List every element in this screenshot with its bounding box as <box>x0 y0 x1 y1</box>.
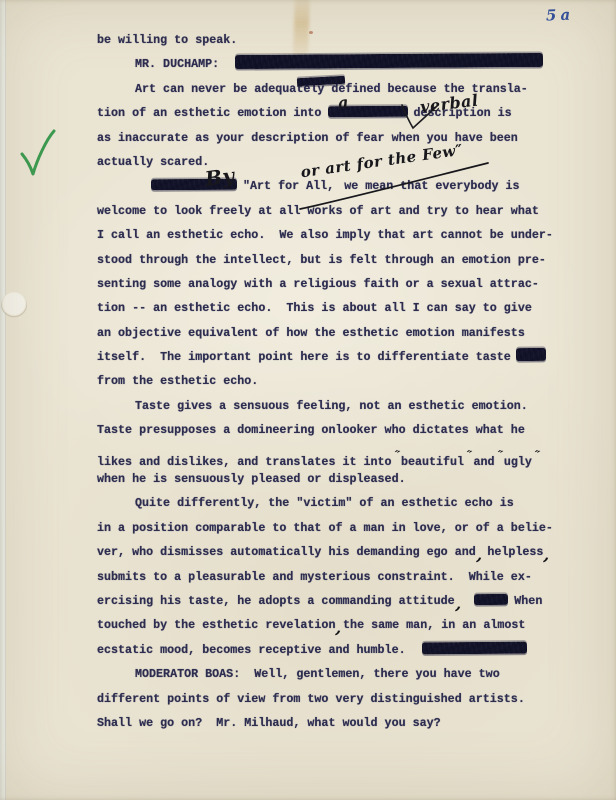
typed-line: Taste gives a sensuous feeling, not an e… <box>97 394 577 418</box>
typed-text-segment: from the esthetic echo. <box>97 374 258 388</box>
typed-gap <box>97 505 135 506</box>
typed-line: submits to a pleasurable and mysterious … <box>97 565 577 589</box>
typed-text-segment: as inaccurate as your description of fea… <box>97 131 518 145</box>
typed-line: tion -- an esthetic echo. This is about … <box>97 296 577 320</box>
typed-line: Taste presupposes a domineering onlooker… <box>97 418 577 442</box>
typed-line: ercising his taste, he adopts a commandi… <box>97 589 577 613</box>
typed-line: ver, who dismisses automatically his dem… <box>97 540 577 564</box>
handwritten-quote: ″ <box>531 442 542 467</box>
typed-gap <box>462 603 474 604</box>
typed-line: Shall we go on? Mr. Milhaud, what would … <box>97 711 577 735</box>
typed-line: I call an esthetic echo. We also imply t… <box>97 223 577 247</box>
green-check-icon <box>18 128 58 184</box>
typed-gap <box>97 91 135 92</box>
typed-text-segment: itself. The important point here is to d… <box>97 350 511 364</box>
typed-text-segment: stood through the intellect, but is felt… <box>97 253 546 267</box>
typed-text-segment: senting some analogy with a religious fa… <box>97 277 539 291</box>
scribble-redaction <box>151 179 237 191</box>
typed-text-segment: ecstatic mood, becomes receptive and hum… <box>97 643 406 657</box>
typed-text-segment: be willing to speak. <box>97 33 237 47</box>
typed-text-segment: beautiful <box>401 455 464 469</box>
typed-text-segment: MODERATOR BOAS: Well, gentlemen, there y… <box>135 667 500 681</box>
typed-text-segment: different points of view from two very d… <box>97 692 525 706</box>
typed-line: MODERATOR BOAS: Well, gentlemen, there y… <box>97 662 577 686</box>
typed-text-segment: Art can never be adequately defined beca… <box>135 82 528 96</box>
typed-line: Art can never be adequately defined beca… <box>97 77 577 101</box>
typed-line: from the esthetic echo. <box>97 369 577 393</box>
typed-text-segment: Taste gives a sensuous feeling, not an e… <box>135 399 528 413</box>
typed-gap <box>97 408 135 409</box>
typed-text-segment: tion of an esthetic emotion into <box>97 106 328 120</box>
handwritten-comma: , <box>543 543 552 568</box>
typed-text-segment: Taste presupposes a domineering onlooker… <box>97 423 525 437</box>
typed-line: touched by the esthetic revelation,the s… <box>97 613 577 637</box>
typed-text-segment: ver, who dismisses automatically his dem… <box>97 545 476 559</box>
typed-text-segment: Shall we go on? Mr. Milhaud, what would … <box>97 716 441 730</box>
typed-text-segment: tion -- an esthetic echo. This is about … <box>97 301 532 315</box>
typed-gap <box>219 66 235 67</box>
typed-text-segment: I call an esthetic echo. We also imply t… <box>97 228 553 242</box>
typed-text-segment: helpless <box>487 545 543 559</box>
typed-text-segment: ugly <box>504 455 532 469</box>
typed-gap <box>97 66 135 67</box>
typed-line: an objective equivalent of how the esthe… <box>97 321 577 345</box>
typed-text-segment: an objective equivalent of how the esthe… <box>97 326 525 340</box>
typed-line: MR. DUCHAMP: <box>97 52 577 76</box>
typed-gap <box>511 359 516 360</box>
page-number: 5a <box>546 6 575 25</box>
typed-line: when he is sensuously pleased or displea… <box>97 467 577 491</box>
typed-gap <box>97 676 135 677</box>
typed-text-segment: actually scared. <box>97 155 209 169</box>
typed-text-block: be willing to speak.MR. DUCHAMP:Art can … <box>97 28 577 735</box>
typed-text-segment: submits to a pleasurable and mysterious … <box>97 570 532 584</box>
scribble-redaction <box>328 106 408 118</box>
typed-text-segment: Quite differently, the "victim" of an es… <box>135 496 514 510</box>
typed-line: ecstatic mood, becomes receptive and hum… <box>97 638 577 662</box>
scribble-redaction <box>422 641 527 654</box>
insert-swoosh-stroke <box>294 158 494 212</box>
typed-line: senting some analogy with a religious fa… <box>97 272 577 296</box>
typed-line: different points of view from two very d… <box>97 687 577 711</box>
scribble-redaction <box>474 594 508 605</box>
typed-text-segment: when he is sensuously pleased or displea… <box>97 472 406 486</box>
typed-gap <box>406 652 422 653</box>
typed-gap <box>97 188 151 189</box>
typed-text-segment: MR. DUCHAMP: <box>135 57 219 71</box>
typed-line: in a position comparable to that of a ma… <box>97 516 577 540</box>
typed-line: likes and dislikes, and translates it in… <box>97 443 577 467</box>
typed-text-segment: and <box>473 455 494 469</box>
typed-text-segment: in a position comparable to that of a ma… <box>97 521 553 535</box>
typed-text-segment: ercising his taste, he adopts a commandi… <box>97 594 455 608</box>
typed-text-segment: touched by the esthetic revelation <box>97 618 335 632</box>
typed-line: itself. The important point here is to d… <box>97 345 577 369</box>
typed-text-segment: When <box>514 594 542 608</box>
scribble-redaction <box>516 348 546 361</box>
scribble-redaction <box>235 53 543 69</box>
typed-line: Quite differently, the "victim" of an es… <box>97 491 577 515</box>
typed-line: as inaccurate as your description of fea… <box>97 126 577 150</box>
typed-text-segment: the same man, in an almost <box>343 618 525 632</box>
document-page: be willing to speak.MR. DUCHAMP:Art can … <box>0 0 616 800</box>
hole-punch <box>1 292 27 318</box>
typed-line: be willing to speak. <box>97 28 577 52</box>
typed-line: stood through the intellect, but is felt… <box>97 248 577 272</box>
paper-left-edge <box>0 0 6 800</box>
insert-caret-stroke <box>398 103 440 133</box>
typed-line: tion of an esthetic emotion into descrip… <box>97 101 577 125</box>
